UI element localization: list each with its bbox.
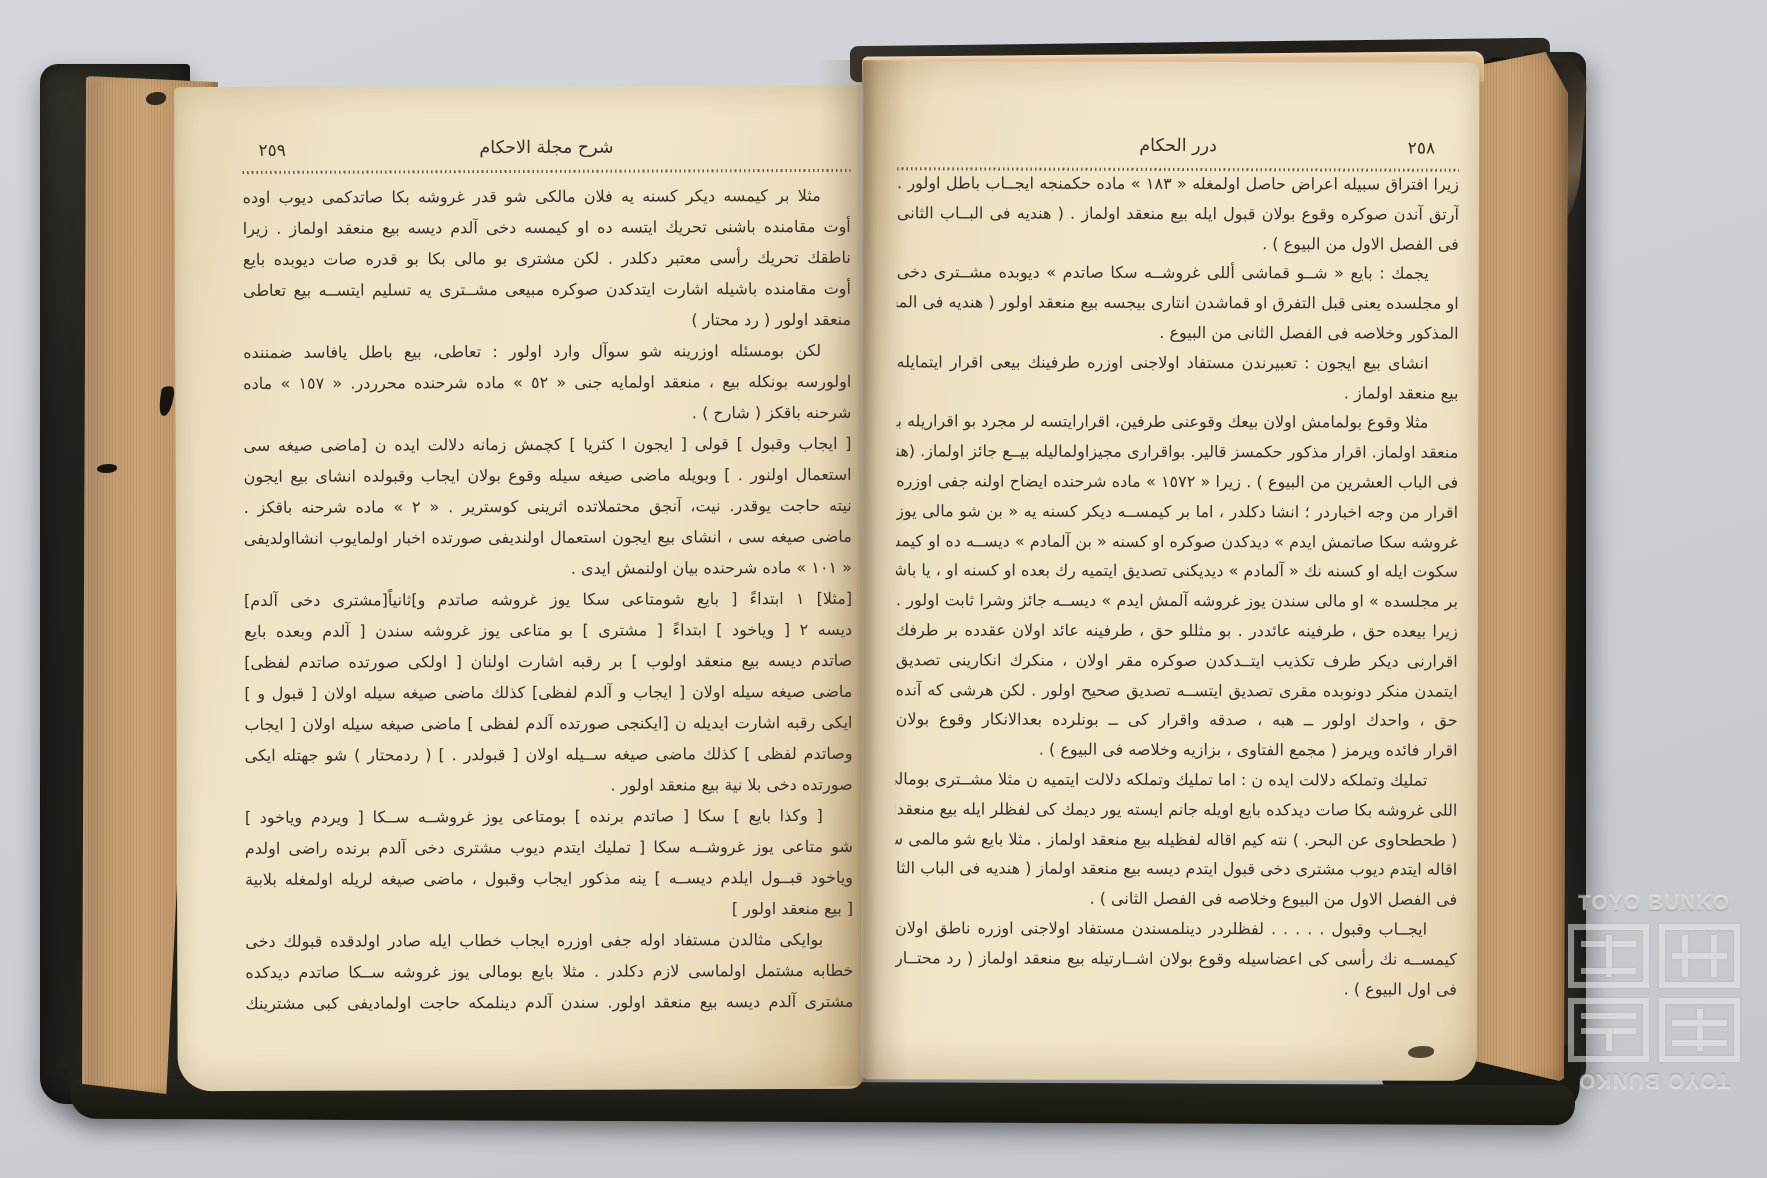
text-line: منعقد اولماز. اقرار مذكور حكمسز قالير. ب… <box>896 436 1458 467</box>
text-line: وياخود قبــول ايلدم ديســه ] ينه مذكور ا… <box>245 862 853 895</box>
text-line: وصاتدم لفظى ] كذلك ماضى صيغه ســيله اولا… <box>245 738 853 771</box>
gutter-shadow <box>818 60 908 1086</box>
text-line: أوت مقامنده باشيله اشارت ايتدكدن صوكره م… <box>243 273 851 306</box>
text-line: غروشه سكا صاتمش ايدم » ديدكدن صوكره او ك… <box>896 526 1458 557</box>
text-line: فى الفصل الاول من البيوع ) . <box>897 228 1459 259</box>
left-page-header: ٢٥٩ شرح مجلة الاحكام <box>242 137 850 165</box>
seal-glyph <box>1659 998 1740 1062</box>
watermark-text-top: TOYO BUNKO <box>1552 892 1756 916</box>
seal-glyph <box>1568 998 1649 1062</box>
text-line: بر مجلسده » او مالى سندن يوز غروشه آلمش … <box>896 585 1458 616</box>
text-line: [ بيع منعقد اولور ] <box>245 893 853 926</box>
left-page-number: ٢٥٩ <box>258 141 285 161</box>
text-line: يجمك : بايع « شــو قماشى أللى غروشــه سك… <box>897 258 1459 289</box>
text-line: او مجلسده يعنى قبل التفرق او قماشدن انتا… <box>897 287 1459 318</box>
left-page: ٢٥٩ شرح مجلة الاحكام مثلا بر كيمسه ديكر … <box>174 85 864 1091</box>
text-line: اقاله ايتدم ديوب مشترى دخى قبول ايتدم دي… <box>895 854 1457 885</box>
text-line: اقرار من وجه اخباردر ؛ انشا دكلدر ، اما … <box>896 496 1458 527</box>
text-line: [مثلا] ١ ابتداءً [ بايع شومتاعى سكا يوز … <box>244 583 852 616</box>
seal-glyph <box>1659 924 1740 988</box>
watermark-text-bottom: TOYO BUNKO <box>1552 1068 1756 1092</box>
text-line: ايجــاب وقبول . . . . . لفظلردر دينلمسند… <box>895 913 1457 944</box>
text-line: كيمســه نك رأسى كى اعضاسيله وقوع بولان ا… <box>895 943 1457 974</box>
text-line: اقرارنى ديكر طرف تكذيب ايتــدكدن صوكره م… <box>896 645 1458 676</box>
text-line: أوت مقامنده باشنى تحريك ايتسه ده او كيمس… <box>243 211 851 244</box>
text-line: منعقد اولور ( رد محتار ) <box>243 304 851 337</box>
text-line: زيرا بيعده حق ، طرفينه عائددر . بو مثللو… <box>896 615 1458 646</box>
right-page-number: ٢٥٨ <box>1408 139 1435 159</box>
text-line: ماضى صيغه سى ، انشاى بيع ايجون استعمال ا… <box>244 521 852 554</box>
toyo-bunko-seal <box>1568 924 1740 1062</box>
text-line: [ ايجاب وقبول ] قولى [ ايجون ا كثريا ] ك… <box>243 428 851 461</box>
text-line: مشترى آلدم ديسه بيع منعقد اولور. سندن آل… <box>245 986 853 1019</box>
text-line: شو متاعى يوز غروشــه سكا [ تمليك ايتدم د… <box>245 831 853 864</box>
text-line: [ وكذا بايع ] سكا [ صاتدم برنده ] بومتاع… <box>245 800 853 833</box>
toyo-bunko-watermark: TOYO BUNKO TOYO BUNKO <box>1552 892 1756 1092</box>
text-line: خطابه مشتمل اولماسى لازم دكلدر . مثلا با… <box>245 955 853 988</box>
text-line: اولورسه بونكله بيع ، منعقد اولمايه جنى «… <box>243 366 851 399</box>
text-line: حق ، واحدك اولور ــ هبه ، صدقه واقرار كى… <box>896 705 1458 736</box>
text-line: اقرار فائده ويرمز ( مجمع الفتاوى ، بزازي… <box>895 734 1457 765</box>
text-line: تمليك وتملكه دلالت ايده ن : اما تمليك وت… <box>895 764 1457 795</box>
text-line: شرحنه باقكز ( شارح ) . <box>243 397 851 430</box>
text-line: زيرا افتراق سبيله اعراض حاصل اولمغله « ١… <box>897 168 1459 199</box>
text-line: نيته حاجت يوقدر. نيت، آنجق محتملاتده اثر… <box>244 490 852 523</box>
text-line: استعمال اولنور . ] وبويله ماضى صيغه سيله… <box>244 459 852 492</box>
text-line: انشاى بيع ايجون : تعبيرندن مستفاد اولاجن… <box>897 347 1459 378</box>
photo-of-open-book: ٢٥٩ شرح مجلة الاحكام مثلا بر كيمسه ديكر … <box>0 0 1767 1178</box>
right-page-title: درر الحكام <box>1139 136 1217 156</box>
dotted-rule <box>243 169 851 174</box>
text-line: سكوت ايله او كسنه نك « آلمادم » ديديكنى … <box>896 556 1458 587</box>
right-page-header: درر الحكام ٢٥٨ <box>897 135 1459 162</box>
text-line: لكن بومسئله اوزرينه شو سوآل وارد اولور :… <box>243 335 851 368</box>
seal-glyph <box>1568 924 1649 988</box>
text-line: مثلا وقوع بولمامش اولان بيعك وقوعنى طرفي… <box>896 407 1458 438</box>
text-line: ايتمدن منكر دونوبده مقرى تصديق ايتســه ت… <box>896 675 1458 706</box>
right-page: درر الحكام ٢٥٨ زيرا افتراق سبيله اعراض ح… <box>861 61 1480 1081</box>
right-page-text: زيرا افتراق سبيله اعراض حاصل اولمغله « ١… <box>895 168 1459 1004</box>
text-line: ( طحطحاوى عن البحر. ) نته كيم اقاله لفظي… <box>895 824 1457 855</box>
text-line: بيع منعقد اولماز . <box>896 377 1458 408</box>
text-line: آرتق آندن صوكره وقوع بولان قبول ايله بيع… <box>897 198 1459 229</box>
text-line: فى اول البيوع ) . <box>895 973 1457 1004</box>
left-page-text: مثلا بر كيمسه ديكر كسنه يه فلان مالكى شو… <box>243 180 854 1019</box>
text-line: اللى غروشه بكا صات ديدكده بايع اويله جان… <box>895 794 1457 825</box>
text-line: فى الباب العشرين من البيوع ) . زيرا « ١٥… <box>896 466 1458 497</box>
text-line: ايكى رقبه اشارت ايديله ن [ايكنجى صورتده … <box>244 707 852 740</box>
text-line: مثلا بر كيمسه ديكر كسنه يه فلان مالكى شو… <box>243 180 851 213</box>
text-line: صورتده دخى بلا نية بيع منعقد اولور . <box>245 769 853 802</box>
text-line: بوايكى مثالدن مستفاد اوله جفى اوزره ايجا… <box>245 924 853 957</box>
text-line: « ١٠١ » ماده شرحنده بيان اولنمش ايدى . <box>244 552 852 585</box>
text-line: ديسه ٢ [ وياخود ] ابتداءً [ مشترى ] بو م… <box>244 614 852 647</box>
text-line: المذكور وخلاصه فى الفصل الثانى من البيوع… <box>897 317 1459 348</box>
text-line: ماضى صيغه سيله اولان [ ايجاب و آلدم لفظى… <box>244 676 852 709</box>
left-page-title: شرح مجلة الاحكام <box>479 138 613 158</box>
text-line: فى الفصل الاول من البيوع وخلاصه فى الفصل… <box>895 883 1457 914</box>
text-line: ناطقك تحريك رأسى معتبر دكلدر . لكن مشترى… <box>243 242 851 275</box>
text-line: صاتدم ديسه بيع منعقد اولوب ] بر رقبه اشا… <box>244 645 852 678</box>
